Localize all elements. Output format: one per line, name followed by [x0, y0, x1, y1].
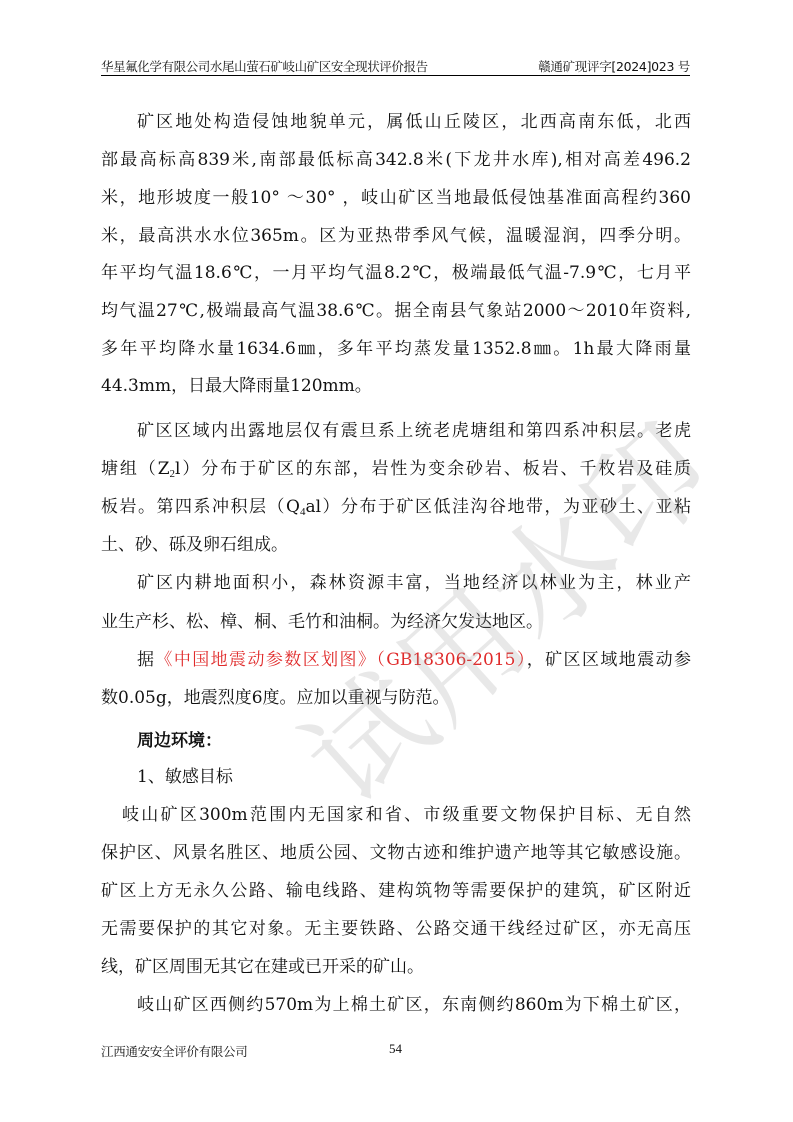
paragraph-line: 多年平均降水量1634.6㎜，多年平均蒸发量1352.8㎜。1h最大降雨量 — [101, 336, 691, 362]
footer-company: 江西通安安全评价有限公司 — [101, 1042, 247, 1060]
paragraph-line: 保护区、风景名胜区、地质公园、文物古迹和维护遗产地等其它敏感设施。 — [101, 840, 691, 866]
text-run: ，矿区区域地震动参 — [527, 650, 691, 670]
section-heading: 周边环境： — [137, 728, 691, 754]
paragraph-line: 据《中国地震动参数区划图》（GB18306-2015），矿区区域地震动参 — [137, 647, 691, 673]
text-run: 据 — [137, 650, 155, 670]
paragraph-line: 矿区上方无永久公路、输电线路、建构筑物等需要保护的建筑，矿区附近 — [101, 878, 691, 904]
paragraph-line: 无需要保护的其它对象。无主要铁路、公路交通干线经过矿区，亦无高压 — [101, 916, 691, 942]
paragraph-line: 线，矿区周围无其它在建或已开采的矿山。 — [101, 954, 691, 980]
paragraph-line: 业生产杉、松、樟、桐、毛竹和油桐。为经济欠发达地区。 — [101, 609, 691, 635]
page-number: 54 — [389, 1041, 402, 1057]
header-report-title: 华星氟化学有限公司水尾山萤石矿岐山矿区安全现状评价报告 — [101, 57, 428, 75]
text-run: l）分布于矿区的东部，岩性为变余砂岩、板岩、千枚岩及硅质 — [175, 459, 691, 479]
subsection-heading: 1、敏感目标 — [137, 764, 691, 790]
text-run: 塘组（Z — [101, 459, 170, 479]
text-run: al）分布于矿区低洼沟谷地带，为亚砂土、亚粘 — [305, 497, 691, 517]
paragraph-line: 板岩。第四系冲积层（Q4al）分布于矿区低洼沟谷地带，为亚砂土、亚粘 — [101, 494, 691, 520]
text-run: 板岩。第四系冲积层（Q — [101, 497, 300, 517]
document-page: 华星氟化学有限公司水尾山萤石矿岐山矿区安全现状评价报告 赣通矿现评字[2024]… — [0, 0, 793, 1122]
paragraph-line: 44.3mm，日最大降雨量120mm。 — [101, 373, 691, 399]
paragraph-line: 米，地形坡度一般10° ～30° ，岐山矿区当地最低侵蚀基准面高程约360 — [101, 185, 691, 211]
paragraph-line: 土、砂、砾及卵石组成。 — [101, 532, 691, 558]
paragraph-line: 均气温27℃,极端最高气温38.6℃。据全南县气象站2000～2010年资料, — [101, 298, 691, 324]
paragraph-line: 岐山矿区西侧约570m为上棉土矿区，东南侧约860m为下棉土矿区， — [137, 992, 691, 1018]
paragraph-line: 塘组（Z2l）分布于矿区的东部，岩性为变余砂岩、板岩、千枚岩及硅质 — [101, 456, 691, 482]
paragraph-line: 矿区地处构造侵蚀地貌单元，属低山丘陵区，北西高南东低，北西 — [137, 109, 691, 135]
paragraph-line: 数0.05g，地震烈度6度。应加以重视与防范。 — [101, 685, 691, 711]
paragraph-line: 部最高标高839米,南部最低标高342.8米(下龙井水库),相对高差496.2 — [101, 147, 691, 173]
page-header: 华星氟化学有限公司水尾山萤石矿岐山矿区安全现状评价报告 赣通矿现评字[2024]… — [101, 56, 690, 76]
paragraph-line: 矿区内耕地面积小，森林资源丰富，当地经济以林业为主，林业产 — [137, 570, 691, 596]
paragraph-line: 米，最高洪水水位365m。区为亚热带季风气候，温暖湿润，四季分明。 — [101, 223, 691, 249]
paragraph-line: 岐山矿区300m范围内无国家和省、市级重要文物保护目标、无自然 — [122, 802, 691, 828]
paragraph-line: 矿区区域内出露地层仅有震旦系上统老虎塘组和第四系冲积层。老虎 — [137, 418, 691, 444]
paragraph-line: 年平均气温18.6℃，一月平均气温8.2℃，极端最低气温-7.9℃，七月平 — [101, 260, 691, 286]
standard-citation: 《中国地震动参数区划图》（GB18306-2015） — [155, 650, 526, 670]
header-report-number: 赣通矿现评字[2024]023 号 — [538, 57, 690, 75]
